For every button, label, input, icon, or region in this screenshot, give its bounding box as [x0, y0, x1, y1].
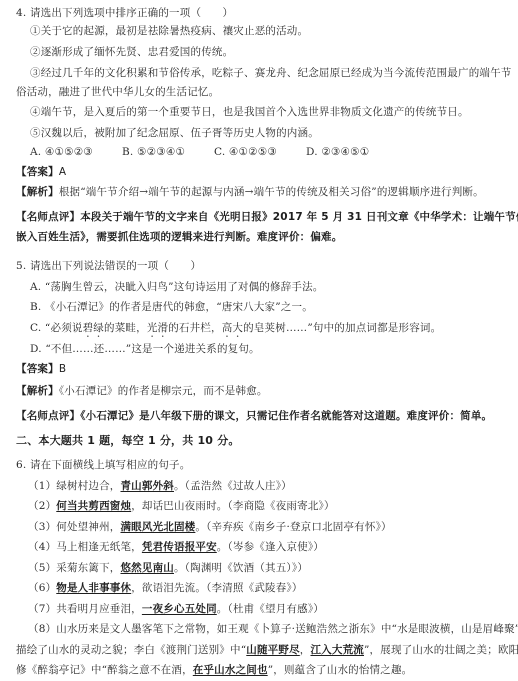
analysis-text: 根据“端午节介绍→端午节的起源与内涵→端午节的传统及相关习俗”的逻辑顺序进行判断… — [59, 186, 484, 198]
item8-post: ”，展现了山水的壮阔之美；欧阳 — [364, 644, 518, 656]
answer-value: A — [59, 166, 66, 178]
review-text: 本段关于端午节的文字来自《光明日报》2017 年 5 月 31 日刊文章《中华学… — [80, 211, 518, 223]
item-pre: 共看明月应垂泪， — [56, 603, 142, 615]
item-post: 。（杜甫《望月有感》） — [217, 603, 324, 615]
q5-option-b: B. 《小石潭记》的作者是唐代的韩愈，“唐宋八大家”之一。 — [30, 300, 313, 314]
item-post: 。（陶渊明《饮酒（其五）》） — [174, 562, 308, 574]
option-c-mid-1: 的菜畦， — [104, 322, 147, 334]
item8-pre: 修《醉翁亭记》中“醉翁之意不在酒， — [16, 664, 193, 676]
q5-answer: 【答案】B — [16, 362, 66, 376]
q4-option-a: A. ④①⑤②③ — [30, 145, 122, 159]
analysis-tag: 【解析】 — [16, 385, 59, 397]
q4-option-b: B. ⑤②③④① — [122, 145, 214, 159]
q6-item-4: （4）马上相逢无纸笔，凭君传语报平安。（岑参《逢入京使》） — [28, 540, 324, 554]
item-answer: 一夜乡心五处同 — [142, 603, 217, 615]
q5-review: 【名师点评】《小石潭记》是八年级下册的课文，只需记住作者名就能答对这道题。难度评… — [16, 409, 492, 423]
item-number: （2） — [28, 500, 56, 512]
item-pre: 采菊东篱下， — [56, 562, 120, 574]
q4-item-5: ⑤汉魏以后，被附加了纪念屈原、伍子胥等历史人物的内涵。 — [30, 126, 319, 140]
item-answer: 满眼风光北固楼 — [120, 521, 195, 533]
dotted-word-3: 高大 — [222, 322, 243, 334]
item-post: 。（辛弃疾《南乡子·登京口北固亭有怀》） — [195, 521, 391, 533]
option-c-mid-2: 的石井栏， — [168, 322, 222, 334]
q4-option-c: C. ④①②⑤③ — [214, 145, 306, 159]
q6-item-5: （5）采菊东篱下，悠然见南山。（陶渊明《饮酒（其五）》） — [28, 561, 308, 575]
section-2-title: 二、本大题共 1 题，每空 1 分，共 10 分。 — [16, 434, 240, 448]
item8-answer-1: 山随平野尽 — [246, 644, 300, 656]
dotted-word-2: 光滑 — [147, 322, 168, 334]
q4-item-3: ③经过几千年的文化积累和节俗传承，吃粽子、赛龙舟、纪念屈原已经成为当今流传范围最… — [30, 66, 512, 80]
review-text: 《小石潭记》是八年级下册的课文，只需记住作者名就能答对这道题。难度评价：简单。 — [80, 410, 492, 422]
q4-review-line-1: 【名师点评】本段关于端午节的文字来自《光明日报》2017 年 5 月 31 日刊… — [16, 210, 518, 224]
q5-option-d: D. “不但……还……”这是一个递进关系的复句。 — [30, 342, 260, 356]
item-answer: 何当共剪西窗烛 — [56, 500, 131, 512]
q6-item-1: （1）绿树村边合，青山郭外斜。（孟浩然《过故人庄》） — [28, 479, 292, 493]
q4-analysis: 【解析】根据“端午节介绍→端午节的起源与内涵→端午节的传统及相关习俗”的逻辑顺序… — [16, 185, 484, 199]
q4-item-2: ②逐渐形成了缅怀先贤、忠君爱国的传统。 — [30, 45, 233, 59]
answer-value: B — [59, 363, 66, 375]
item-pre: 马上相逢无纸笔， — [56, 541, 142, 553]
q5-analysis: 【解析】《小石潭记》的作者是柳宗元，而不是韩愈。 — [16, 384, 268, 398]
item-post: ，欲语泪先流。（李清照《武陵春》） — [131, 582, 302, 594]
option-c-prefix: C. “必须说 — [30, 322, 83, 334]
q6-item-8-line-1: （8）山水历来是文人墨客笔下之常物，如王观《卜算子·送鲍浩然之浙东》中“水是眼波… — [28, 622, 518, 636]
item-number: （6） — [28, 582, 56, 594]
q6-item-3: （3）何处望神州，满眼风光北固楼。（辛弃疾《南乡子·登京口北固亭有怀》） — [28, 520, 392, 534]
q4-item-3-cont: 俗活动，融进了世代中华儿女的生活记忆。 — [16, 85, 219, 99]
review-tag: 【名师点评】 — [16, 410, 80, 422]
q4-item-1: ①关于它的起源，最初是祛除暑热疫病、禳灾止恶的活动。 — [30, 24, 308, 38]
item-pre: 何处望神州， — [56, 521, 120, 533]
exam-page: 4. 请选出下列选项中排序正确的一项（ ） ①关于它的起源，最初是祛除暑热疫病、… — [0, 0, 518, 681]
item-number: （3） — [28, 521, 56, 533]
answer-tag: 【答案】 — [16, 363, 59, 375]
item-number: （1） — [28, 480, 56, 492]
item-number: （4） — [28, 541, 56, 553]
option-c-suffix: 的皂荚树……”句中的加点词都是形容词。 — [243, 322, 441, 334]
q4-option-d: D. ②③④⑤① — [306, 145, 369, 159]
item8-post: ”，则蕴含了山水的怡情之趣。 — [268, 664, 413, 676]
q4-stem: 4. 请选出下列选项中排序正确的一项（ ） — [16, 6, 233, 20]
answer-tag: 【答案】 — [16, 166, 59, 178]
q5-option-c: C. “必须说碧绿的菜畦，光滑的石井栏，高大的皂荚树……”句中的加点词都是形容词… — [30, 321, 441, 340]
q6-item-8-line-3: 修《醉翁亭记》中“醉翁之意不在酒，在乎山水之间也”，则蕴含了山水的怡情之趣。 — [16, 663, 412, 677]
q6-item-6: （6）物是人非事事休，欲语泪先流。（李清照《武陵春》） — [28, 581, 303, 595]
q5-option-a: A. “荡胸生曾云，决眦入归鸟”这句诗运用了对偶的修辞手法。 — [30, 280, 324, 294]
analysis-tag: 【解析】 — [16, 186, 59, 198]
item8-answer-2: 江入大荒流 — [310, 644, 364, 656]
review-tag: 【名师点评】 — [16, 211, 80, 223]
item-answer: 物是人非事事休 — [56, 582, 131, 594]
q5-stem: 5. 请选出下列说法错误的一项（ ） — [16, 259, 201, 273]
item8-pre: 描绘了山水的灵动之貌；李白《渡荆门送别》中“ — [16, 644, 246, 656]
item8-answer-3: 在乎山水之间也 — [193, 664, 268, 676]
q6-stem: 6. 请在下面横线上填写相应的句子。 — [16, 458, 190, 472]
q4-item-4: ④端午节，是入夏后的第一个重要节日，也是我国首个入选世界非物质文化遗产的传统节日… — [30, 105, 469, 119]
item8-sep: ， — [300, 644, 311, 656]
item-answer: 悠然见南山 — [120, 562, 174, 574]
item-answer: 青山郭外斜 — [120, 480, 174, 492]
item-number: （7） — [28, 603, 56, 615]
q6-item-7: （7）共看明月应垂泪，一夜乡心五处同。（杜甫《望月有感》） — [28, 602, 324, 616]
item-post: 。（孟浩然《过故人庄》） — [174, 480, 292, 492]
item-post: ，却话巴山夜雨时。（李商隐《夜雨寄北》） — [131, 500, 335, 512]
item-answer: 凭君传语报平安 — [142, 541, 217, 553]
q6-item-8-line-2: 描绘了山水的灵动之貌；李白《渡荆门送别》中“山随平野尽，江入大荒流”，展现了山水… — [16, 643, 518, 657]
q4-answer: 【答案】A — [16, 165, 66, 179]
q4-options: A. ④①⑤②③B. ⑤②③④①C. ④①②⑤③D. ②③④⑤① — [30, 145, 369, 159]
item-pre: 绿树村边合， — [56, 480, 120, 492]
q4-review-line-2: 嵌入百姓生活》，需要抓住选项的逻辑来进行判断。难度评价：偏难。 — [16, 230, 342, 244]
dotted-word-1: 碧绿 — [83, 322, 104, 334]
analysis-text: 《小石潭记》的作者是柳宗元，而不是韩愈。 — [59, 385, 268, 397]
item-post: 。（岑参《逢入京使》） — [217, 541, 324, 553]
q6-item-2: （2）何当共剪西窗烛，却话巴山夜雨时。（李商隐《夜雨寄北》） — [28, 499, 335, 513]
item-number: （5） — [28, 562, 56, 574]
